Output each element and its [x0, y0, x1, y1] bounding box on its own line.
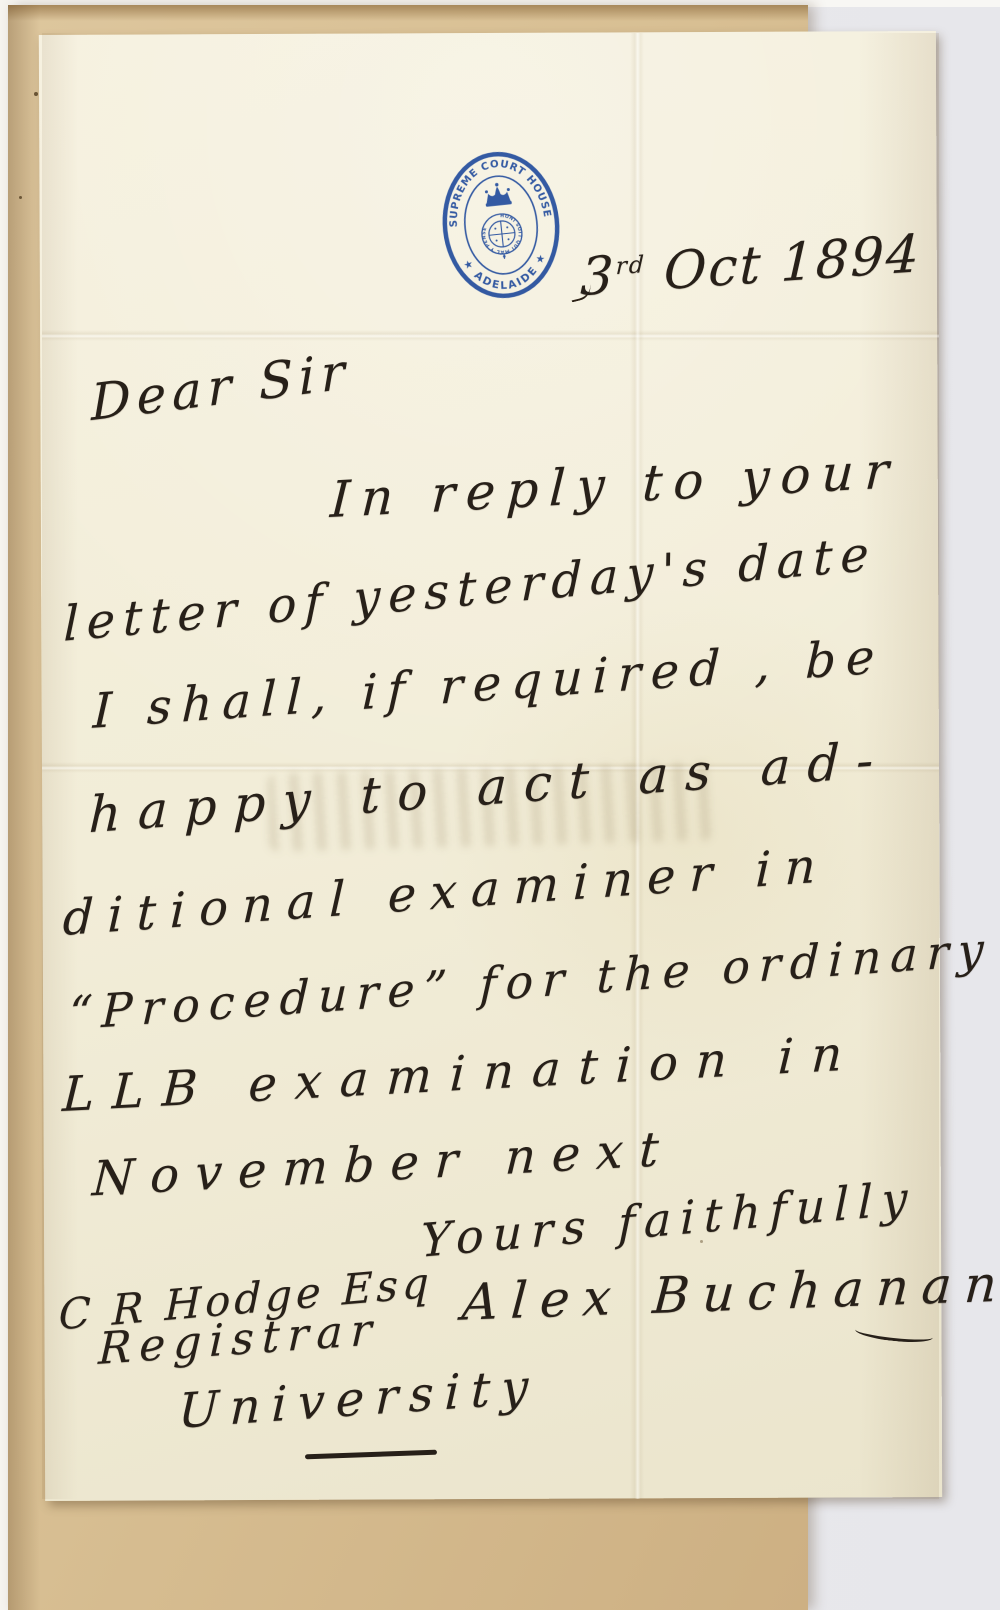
fold-crease-horizontal	[42, 330, 939, 341]
crown-icon	[484, 182, 512, 207]
quartered-shield-cross	[488, 220, 517, 249]
ink-speck	[34, 92, 38, 96]
garter-emblem: HONI SOIT QUI MAL Y PENSE	[479, 211, 525, 261]
supreme-court-house-seal: SUPREME COURT HOUSE ★ ADELAIDE ★ HONI SO…	[430, 142, 571, 308]
ink-speck	[19, 196, 22, 199]
scanned-letter-page: SUPREME COURT HOUSE ★ ADELAIDE ★ HONI SO…	[0, 0, 1000, 1610]
date-ordinal: rd	[615, 250, 646, 280]
date-day: 3	[579, 245, 616, 308]
